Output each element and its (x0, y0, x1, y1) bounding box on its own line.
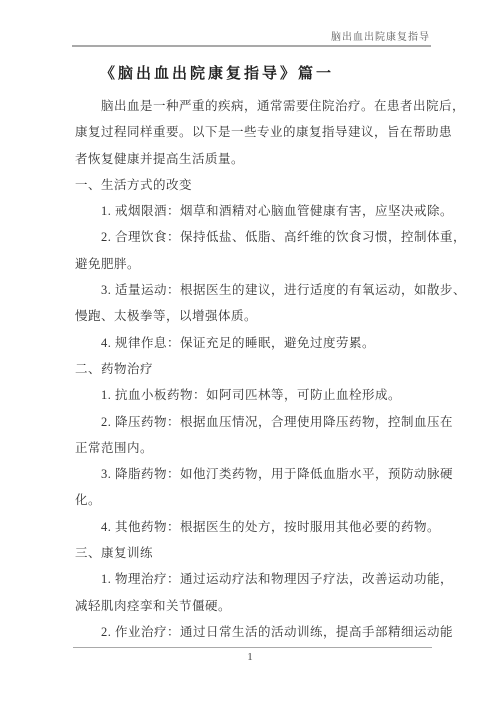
body-line: 3. 适量运动：根据医生的建议，进行适度的有氧运动，如散步、 (75, 277, 433, 303)
document-page: 脑出血出院康复指导 《脑出血出院康复指导》篇一 脑出血是一种严重的疾病，通常需要… (0, 0, 500, 707)
body-line: 一、生活方式的改变 (75, 172, 433, 198)
body-line: 二、药物治疗 (75, 356, 433, 382)
body-line: 4. 其他药物：根据医生的处方，按时服用其他必要的药物。 (75, 514, 433, 540)
body-line: 4. 规律作息：保证充足的睡眠，避免过度劳累。 (75, 330, 433, 356)
body-line: 避免肥胖。 (75, 251, 433, 277)
body-line: 化。 (75, 487, 433, 513)
body-line: 正常范围内。 (75, 435, 433, 461)
header-divider-line (72, 45, 431, 47)
body-line: 三、康复训练 (75, 540, 433, 566)
body-line: 脑出血是一种严重的疾病，通常需要住院治疗。在患者出院后， (75, 93, 433, 119)
body-line: 3. 降脂药物：如他汀类药物，用于降低血脂水平，预防动脉硬 (75, 461, 433, 487)
page-header-running-title: 脑出血出院康复指导 (72, 28, 430, 43)
document-title: 《脑出血出院康复指导》篇一 (100, 62, 334, 83)
body-line: 1. 抗血小板药物：如阿司匹林等，可防止血栓形成。 (75, 382, 433, 408)
body-line: 2. 降压药物：根据血压情况，合理使用降压药物，控制血压在 (75, 409, 433, 435)
body-line: 1. 物理治疗：通过运动疗法和物理因子疗法，改善运动功能， (75, 566, 433, 592)
body-line: 者恢复健康并提高生活质量。 (75, 146, 433, 172)
body-line: 慢跑、太极拳等，以增强体质。 (75, 303, 433, 329)
body-line: 1. 戒烟限酒：烟草和酒精对心脑血管健康有害，应坚决戒除。 (75, 198, 433, 224)
page-number: 1 (0, 651, 500, 663)
body-line: 2. 合理饮食：保持低盐、低脂、高纤维的饮食习惯，控制体重， (75, 224, 433, 250)
body-line: 康复过程同样重要。以下是一些专业的康复指导建议，旨在帮助患 (75, 119, 433, 145)
document-body: 脑出血是一种严重的疾病，通常需要住院治疗。在患者出院后，康复过程同样重要。以下是… (75, 93, 433, 645)
body-line: 2. 作业治疗：通过日常生活的活动训练，提高手部精细运动能 (75, 619, 433, 645)
footer-divider-line (73, 647, 432, 648)
body-line: 减轻肌肉痉挛和关节僵硬。 (75, 593, 433, 619)
